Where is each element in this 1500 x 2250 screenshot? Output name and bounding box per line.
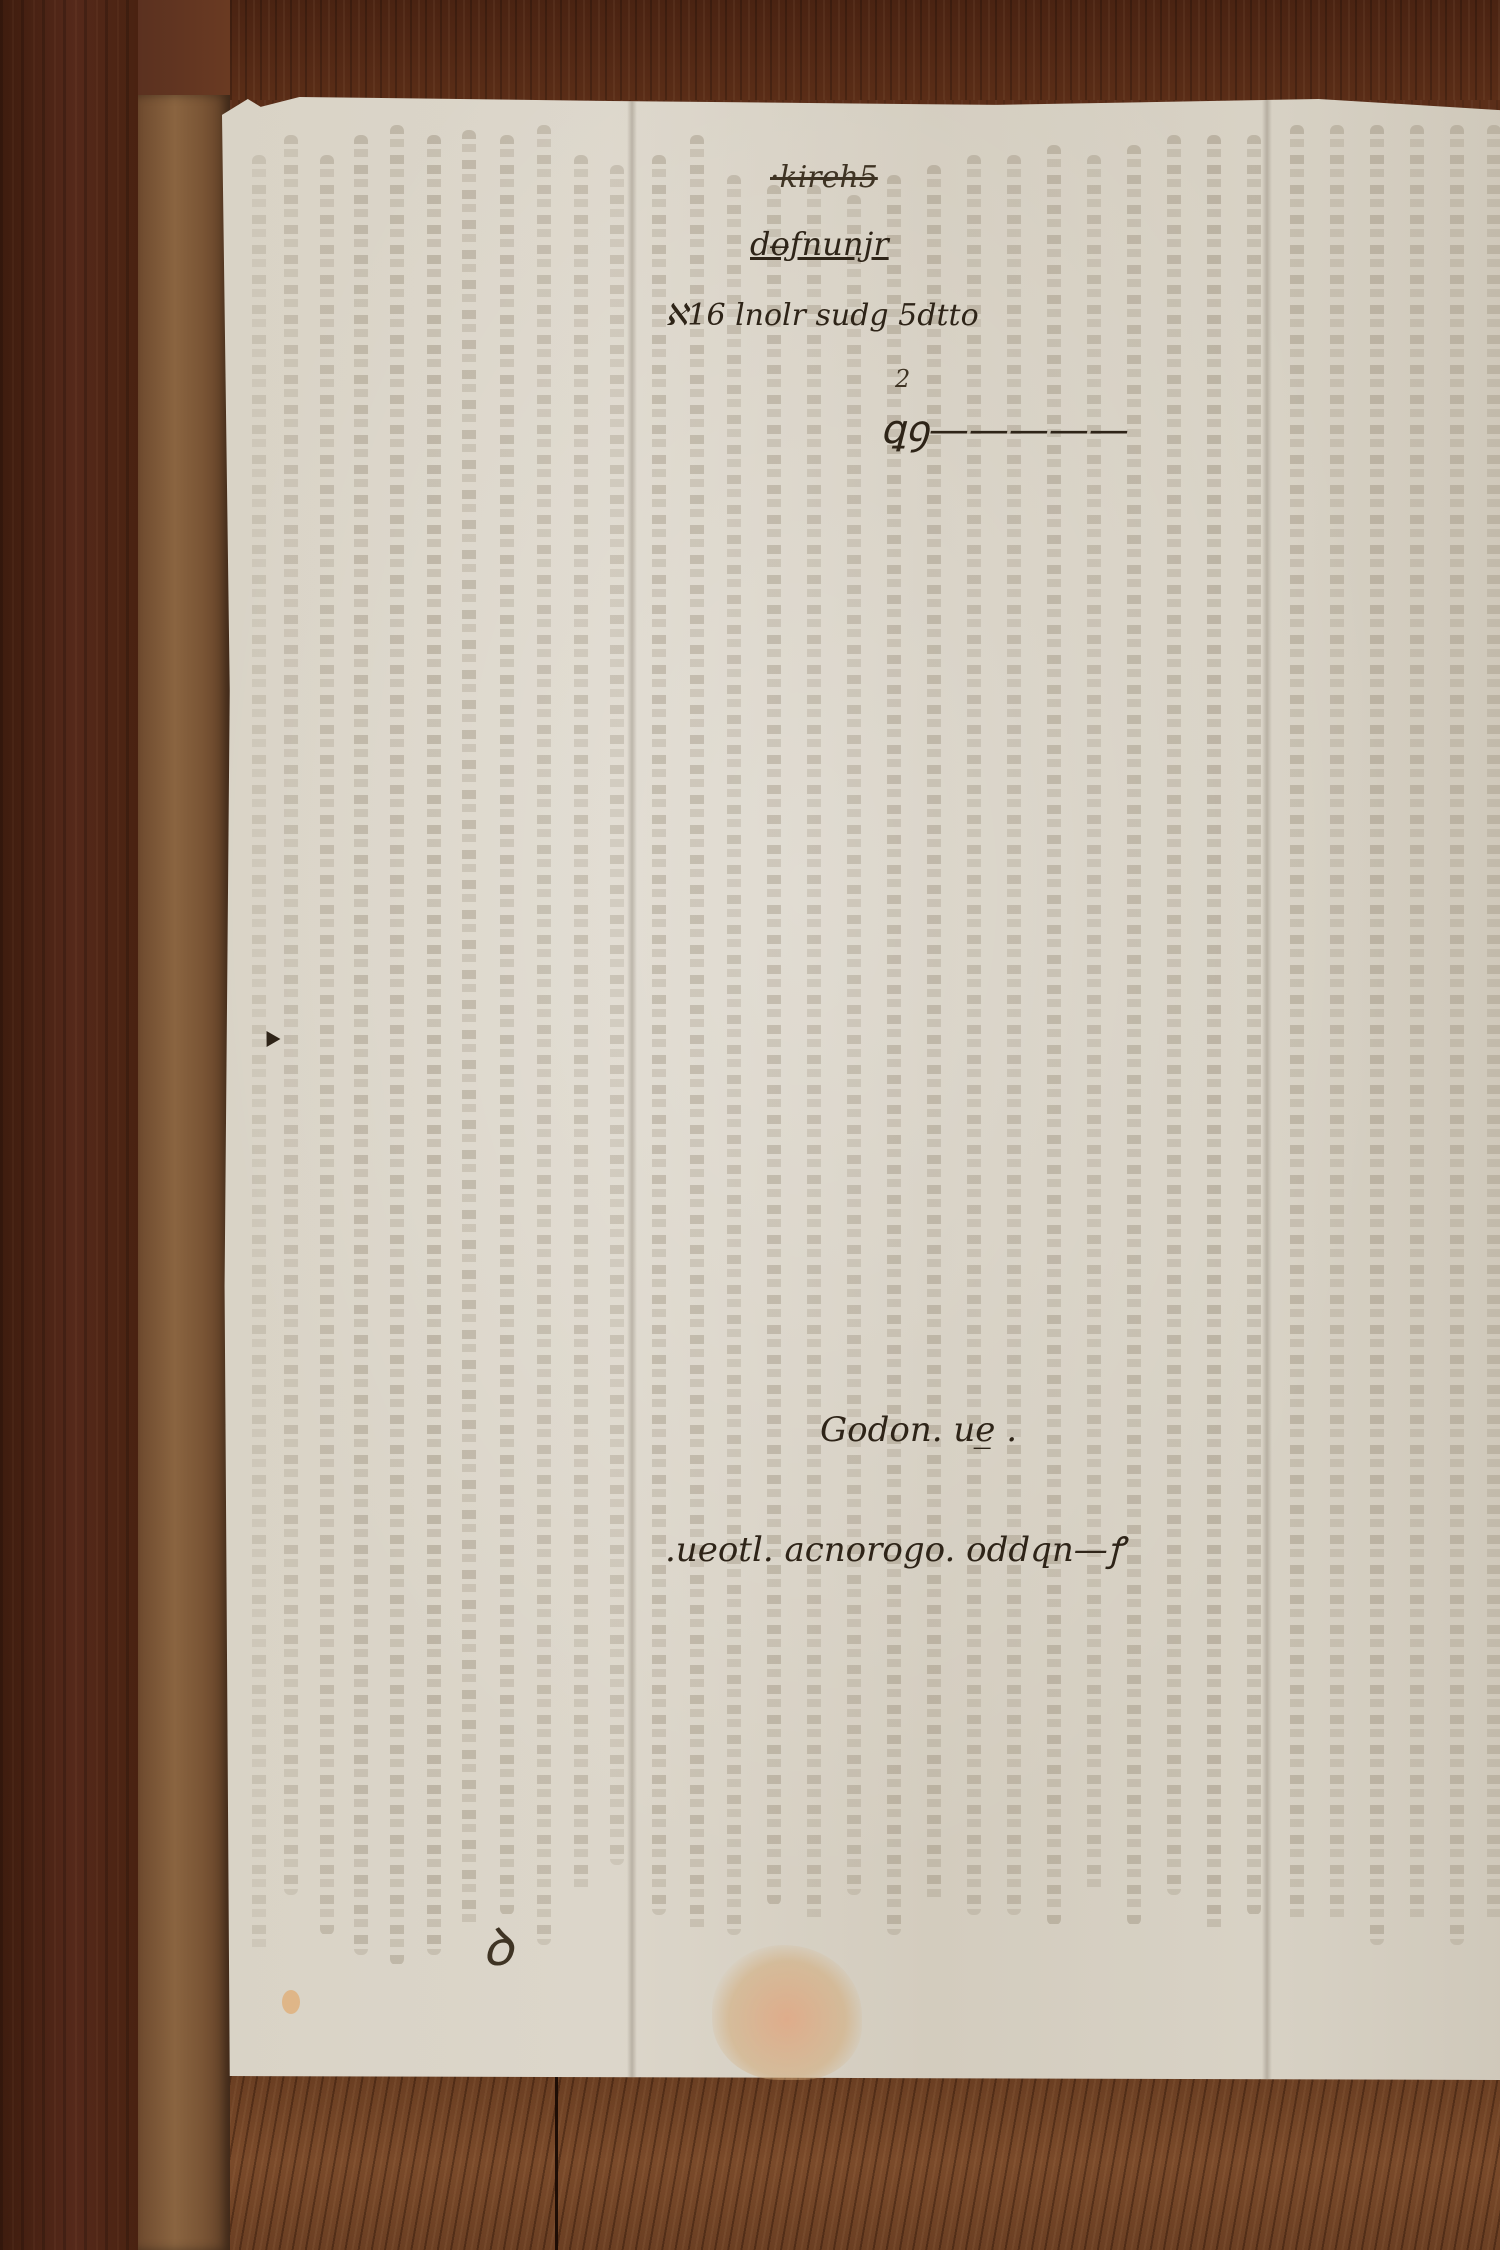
manuscript-sheet (222, 95, 1500, 2080)
signature-flourish: ꝗꝯ————— (880, 400, 1129, 455)
corner-mark: ꝺ (482, 1910, 513, 1981)
fold-crease (627, 95, 637, 2080)
annotation-top-2: do̶ƒnunjr (750, 225, 889, 263)
annotation-bottom-2: .ueotl. acnorogo. oddqn—ꝭ (665, 1525, 1124, 1571)
plank-seam (555, 2075, 558, 2250)
annotation-top-mark: 2 (895, 365, 910, 393)
wood-panel-left (0, 0, 150, 2250)
wood-floor-bottom (230, 2075, 1500, 2250)
annotation-bottom-1: Godon. ue̲ . (820, 1410, 1017, 1450)
small-stain-spot (282, 1990, 300, 2014)
fold-crease (1262, 95, 1272, 2080)
annotation-top-1: ·kireh5 (770, 160, 878, 195)
orange-stain (712, 1945, 862, 2080)
frame-top (138, 0, 230, 95)
wood-panel-top (230, 0, 1500, 100)
frame-strip (138, 95, 230, 2250)
annotation-top-3: ℵ16 lnolr sudg 5dtto (665, 298, 979, 333)
